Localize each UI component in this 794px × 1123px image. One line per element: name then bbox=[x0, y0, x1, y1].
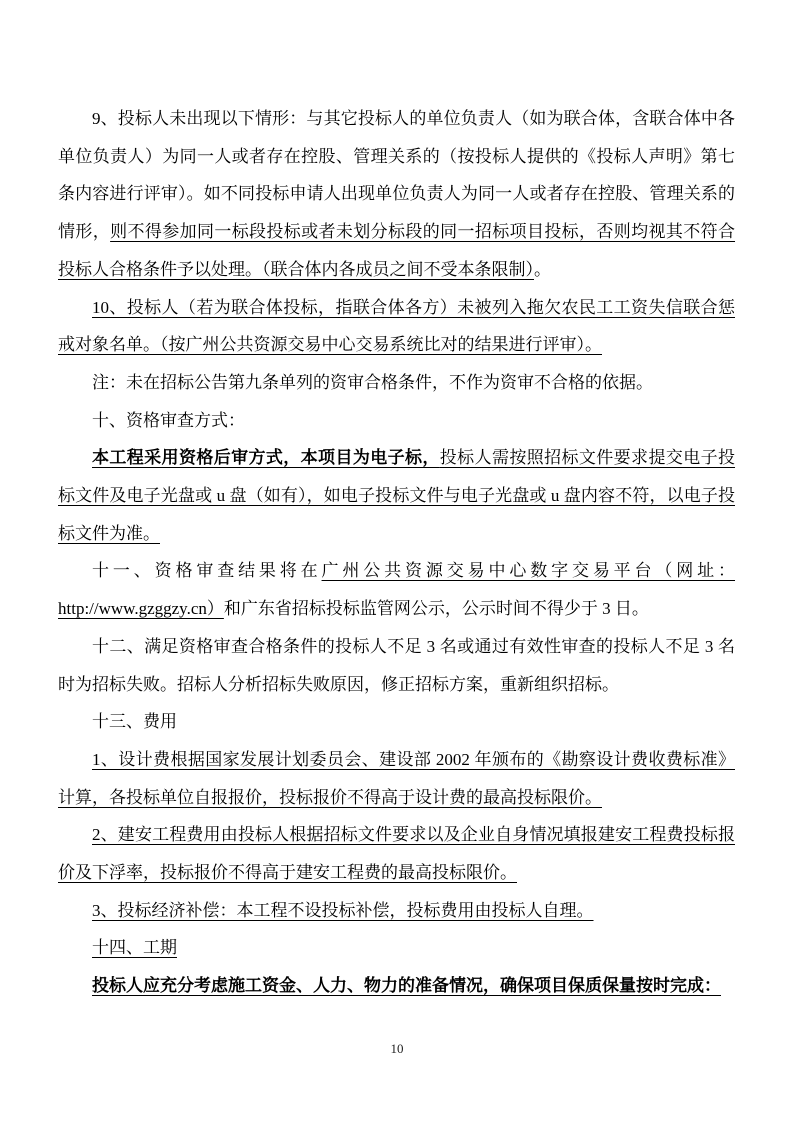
section-13-heading-text: 十三、费用 bbox=[92, 712, 177, 731]
paragraph-clause-9: 9、投标人未出现以下情形：与其它投标人的单位负责人（如为联合体，含联合体中各单位… bbox=[58, 100, 735, 289]
note-text: 注：未在招标公告第九条单列的资审合格条件，不作为资审不合格的依据。 bbox=[92, 373, 653, 392]
fee-item-2-text: 2、建安工程费用由投标人根据招标文件要求以及企业自身情况填报建安工程费投标报价及… bbox=[58, 825, 735, 882]
fee-item-1-text: 1、设计费根据国家发展计划委员会、建设部 2002 年颁布的《勘察设计费收费标准… bbox=[58, 750, 735, 807]
section-14-heading: 十四、工期 bbox=[58, 929, 735, 967]
fee-item-1-paragraph: 1、设计费根据国家发展计划委员会、建设部 2002 年颁布的《勘察设计费收费标准… bbox=[58, 741, 735, 816]
fee-item-2-paragraph: 2、建安工程费用由投标人根据招标文件要求以及企业自身情况填报建安工程费投标报价及… bbox=[58, 816, 735, 891]
fee-item-3-paragraph: 3、投标经济补偿：本工程不设投标补偿，投标费用由投标人自理。 bbox=[58, 892, 735, 930]
section-12-paragraph: 十二、满足资格审查合格条件的投标人不足 3 名或通过有效性审查的投标人不足 3 … bbox=[58, 628, 735, 703]
section-11-lead-text: 十一、资格审查结果将在 bbox=[92, 561, 322, 580]
clause-10-underlined-text: 10、投标人（若为联合体投标，指联合体各方）未被列入拖欠农民工工资失信联合惩戒对… bbox=[58, 298, 735, 355]
clause-9-period: 。 bbox=[534, 260, 551, 279]
section-10-heading: 十、资格审查方式： bbox=[58, 402, 735, 440]
fee-item-3-text: 3、投标经济补偿：本工程不设投标补偿，投标费用由投标人自理。 bbox=[92, 901, 594, 920]
section-11-tail-text: 和广东省招标投标监管网公示，公示时间不得少于 3 日。 bbox=[224, 599, 649, 618]
section-10-heading-text: 十、资格审查方式： bbox=[92, 411, 245, 430]
section-13-heading: 十三、费用 bbox=[58, 703, 735, 741]
page-number: 10 bbox=[391, 1041, 404, 1056]
section-14-bold-underlined-text: 投标人应充分考虑施工资金、人力、物力的准备情况，确保项目保质保量按时完成： bbox=[92, 976, 721, 995]
section-14-heading-text: 十四、工期 bbox=[92, 938, 177, 957]
paragraph-note: 注：未在招标公告第九条单列的资审合格条件，不作为资审不合格的依据。 bbox=[58, 364, 735, 402]
page-footer: 10 bbox=[0, 1040, 794, 1058]
paragraph-clause-10: 10、投标人（若为联合体投标，指联合体各方）未被列入拖欠农民工工资失信联合惩戒对… bbox=[58, 289, 735, 364]
document-page: 9、投标人未出现以下情形：与其它投标人的单位负责人（如为联合体，含联合体中各单位… bbox=[0, 0, 794, 1123]
section-10-body: 本工程采用资格后审方式，本项目为电子标，投标人需按照招标文件要求提交电子投标文件… bbox=[58, 439, 735, 552]
section-11-paragraph: 十一、资格审查结果将在广州公共资源交易中心数字交易平台（网址：http://ww… bbox=[58, 552, 735, 627]
document-body: 9、投标人未出现以下情形：与其它投标人的单位负责人（如为联合体，含联合体中各单位… bbox=[58, 100, 735, 1005]
clause-9-underlined-text: 则不得参加同一标段投标或者未划分标段的同一招标项目投标，否则均视其不符合投标人合… bbox=[58, 222, 735, 279]
section-12-text: 十二、满足资格审查合格条件的投标人不足 3 名或通过有效性审查的投标人不足 3 … bbox=[58, 637, 735, 694]
section-10-bold-underlined-text: 本工程采用资格后审方式，本项目为电子标， bbox=[92, 448, 440, 467]
section-14-body: 投标人应充分考虑施工资金、人力、物力的准备情况，确保项目保质保量按时完成： bbox=[58, 967, 735, 1005]
